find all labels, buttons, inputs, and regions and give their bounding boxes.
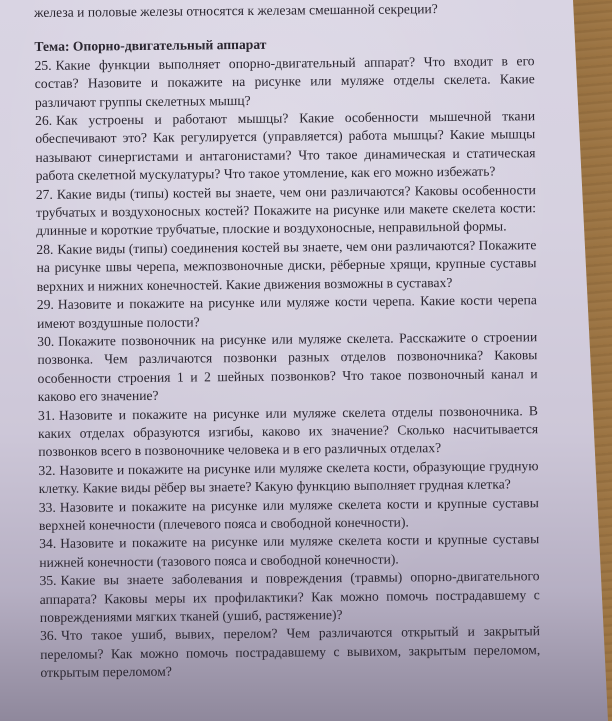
question-27: 27.Какие виды (типы) костей вы знаете, ч… xyxy=(36,181,537,241)
question-text: Назовите и покажите на рисунке или муляж… xyxy=(38,403,538,460)
question-number: 35. xyxy=(39,573,56,588)
question-number: 36. xyxy=(40,628,57,643)
question-text: Назовите и покажите на рисунке или муляж… xyxy=(39,495,539,533)
question-number: 28. xyxy=(36,242,53,257)
question-36: 36.Что такое ушиб, вывих, перелом? Чем р… xyxy=(40,623,541,683)
document-text: железа и половые железы относятся к желе… xyxy=(34,0,540,683)
question-29: 29.Назовите и покажите на рисунке или му… xyxy=(37,291,537,333)
question-number: 25. xyxy=(35,58,52,73)
intro-line: железа и половые железы относятся к желе… xyxy=(34,0,534,22)
question-number: 27. xyxy=(36,186,53,201)
question-text: Какие виды (типы) костей вы знаете, чем … xyxy=(36,182,536,239)
question-text: Назовите и покажите на рисунке или муляж… xyxy=(37,292,537,330)
question-31: 31.Назовите и покажите на рисунке или му… xyxy=(38,402,539,462)
question-28: 28.Какие виды (типы) соединения костей в… xyxy=(36,236,537,296)
question-number: 31. xyxy=(38,407,55,422)
question-26: 26.Как устроены и работают мышцы? Какие … xyxy=(35,107,536,185)
question-text: Назовите и покажите на рисунке или муляж… xyxy=(39,532,539,570)
question-number: 34. xyxy=(39,536,56,551)
question-text: Как устроены и работают мышцы? Какие осо… xyxy=(35,108,535,183)
question-text: Какие функции выполняет опорно-двигатель… xyxy=(35,53,535,110)
question-text: Покажите позвоночник на рисунке или муля… xyxy=(37,329,537,404)
question-text: Какие виды (типы) соединения костей вы з… xyxy=(36,237,536,294)
question-32: 32.Назовите и покажите на рисунке или му… xyxy=(38,457,538,499)
question-number: 29. xyxy=(37,297,54,312)
question-text: Назовите и покажите на рисунке или муляж… xyxy=(39,458,539,496)
question-text: Что такое ушиб, вывих, перелом? Чем разл… xyxy=(40,624,540,681)
question-25: 25.Какие функции выполняет опорно-двигат… xyxy=(35,52,536,112)
question-34: 34.Назовите и покажите на рисунке или му… xyxy=(39,531,539,573)
question-number: 26. xyxy=(35,113,52,128)
question-number: 32. xyxy=(38,463,55,478)
question-30: 30.Покажите позвоночник на рисунке или м… xyxy=(37,328,538,406)
question-33: 33.Назовите и покажите на рисунке или му… xyxy=(39,494,539,536)
question-number: 33. xyxy=(39,499,56,514)
question-number: 30. xyxy=(37,334,54,349)
question-text: Какие вы знаете заболевания и повреждени… xyxy=(40,568,540,625)
question-35: 35.Какие вы знаете заболевания и поврежд… xyxy=(39,567,540,627)
